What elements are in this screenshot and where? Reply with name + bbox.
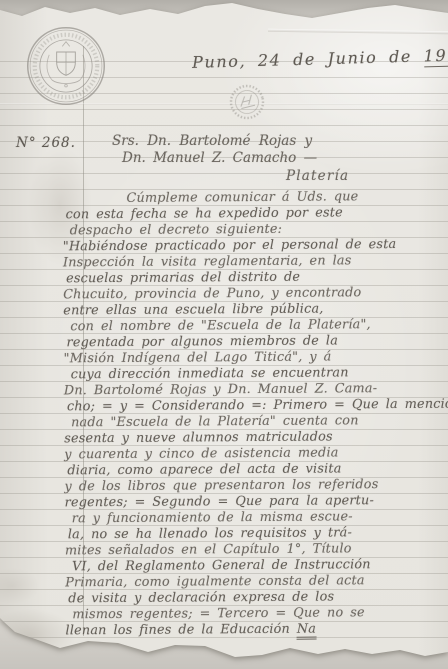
paper-sheet: Puno, 24 de Junio de 1913 N° 268. Srs. D…	[0, 0, 448, 669]
addressee-line-1: Srs. Dn. Bartolomé Rojas y	[112, 133, 312, 149]
addressee-line-2: Dn. Manuel Z. Camacho —	[122, 150, 317, 166]
date-text: Puno, 24 de Junio de	[192, 46, 424, 71]
round-notary-stamp-icon	[224, 79, 270, 125]
date-line: Puno, 24 de Junio de 1913	[192, 45, 448, 72]
document-number: N° 268.	[16, 135, 76, 151]
coat-of-arms-seal-icon	[24, 24, 108, 108]
document-page: Puno, 24 de Junio de 1913 N° 268. Srs. D…	[0, 0, 448, 669]
handwriting-line: cho; = y = Considerando =: Primero = Que…	[67, 397, 442, 416]
handwriting-line: llenan los fines de la Educación Na	[65, 621, 443, 640]
underlined-word: Na	[297, 622, 316, 640]
handwriting-text: llenan los fines de la Educación	[65, 622, 290, 639]
paper-crease	[268, 29, 448, 35]
place-name: Platería	[286, 168, 349, 184]
date-year: 1913	[423, 45, 448, 67]
handwriting-line: "Habiéndose practicado por el personal d…	[63, 237, 441, 256]
letter-body: Cúmpleme comunicar á Uds. que con esta f…	[62, 189, 443, 640]
